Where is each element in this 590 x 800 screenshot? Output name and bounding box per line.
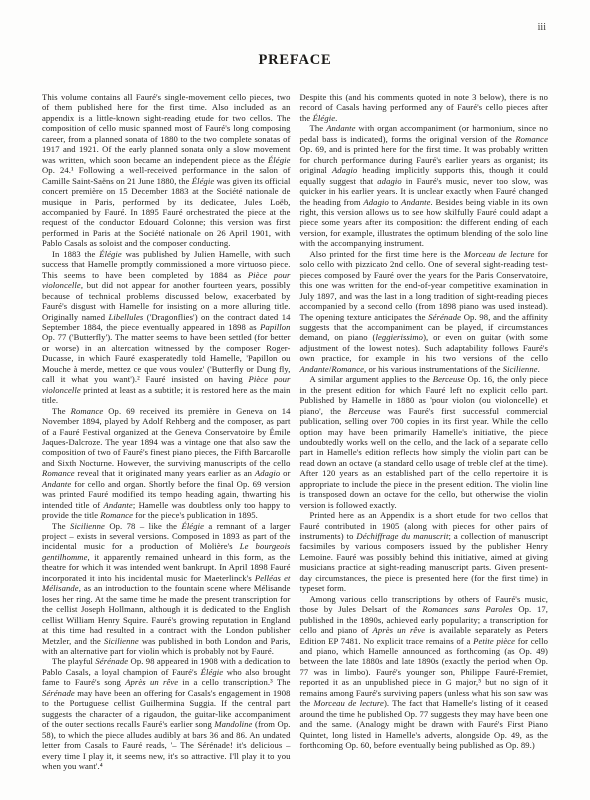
paragraph: Also printed for the first time here is … <box>300 249 549 374</box>
right-column: Despite this (and his comments quoted in… <box>300 92 549 771</box>
paragraph: The playful Sérénade Op. 98 appeared in … <box>42 656 291 771</box>
page-number: iii <box>538 22 546 33</box>
paragraph: In 1883 the Élégie was published by Juli… <box>42 249 291 406</box>
paragraph: The Andante with organ accompaniment (or… <box>300 123 549 248</box>
preface-page: iii PREFACE This volume contains all Fau… <box>0 0 590 800</box>
paragraph: The Romance Op. 69 received its première… <box>42 406 291 521</box>
paragraph: The Sicilienne Op. 78 – like the Élégie … <box>42 521 291 657</box>
text-columns: This volume contains all Fauré's single-… <box>42 92 548 771</box>
paragraph: Despite this (and his comments quoted in… <box>300 92 549 123</box>
paragraph: Among various cello transcriptions by ot… <box>300 594 549 751</box>
page-title: PREFACE <box>0 52 590 69</box>
paragraph: Printed here as an Appendix is a short e… <box>300 510 549 594</box>
left-column: This volume contains all Fauré's single-… <box>42 92 291 771</box>
paragraph: This volume contains all Fauré's single-… <box>42 92 291 249</box>
paragraph: A similar argument applies to the Berceu… <box>300 374 549 510</box>
